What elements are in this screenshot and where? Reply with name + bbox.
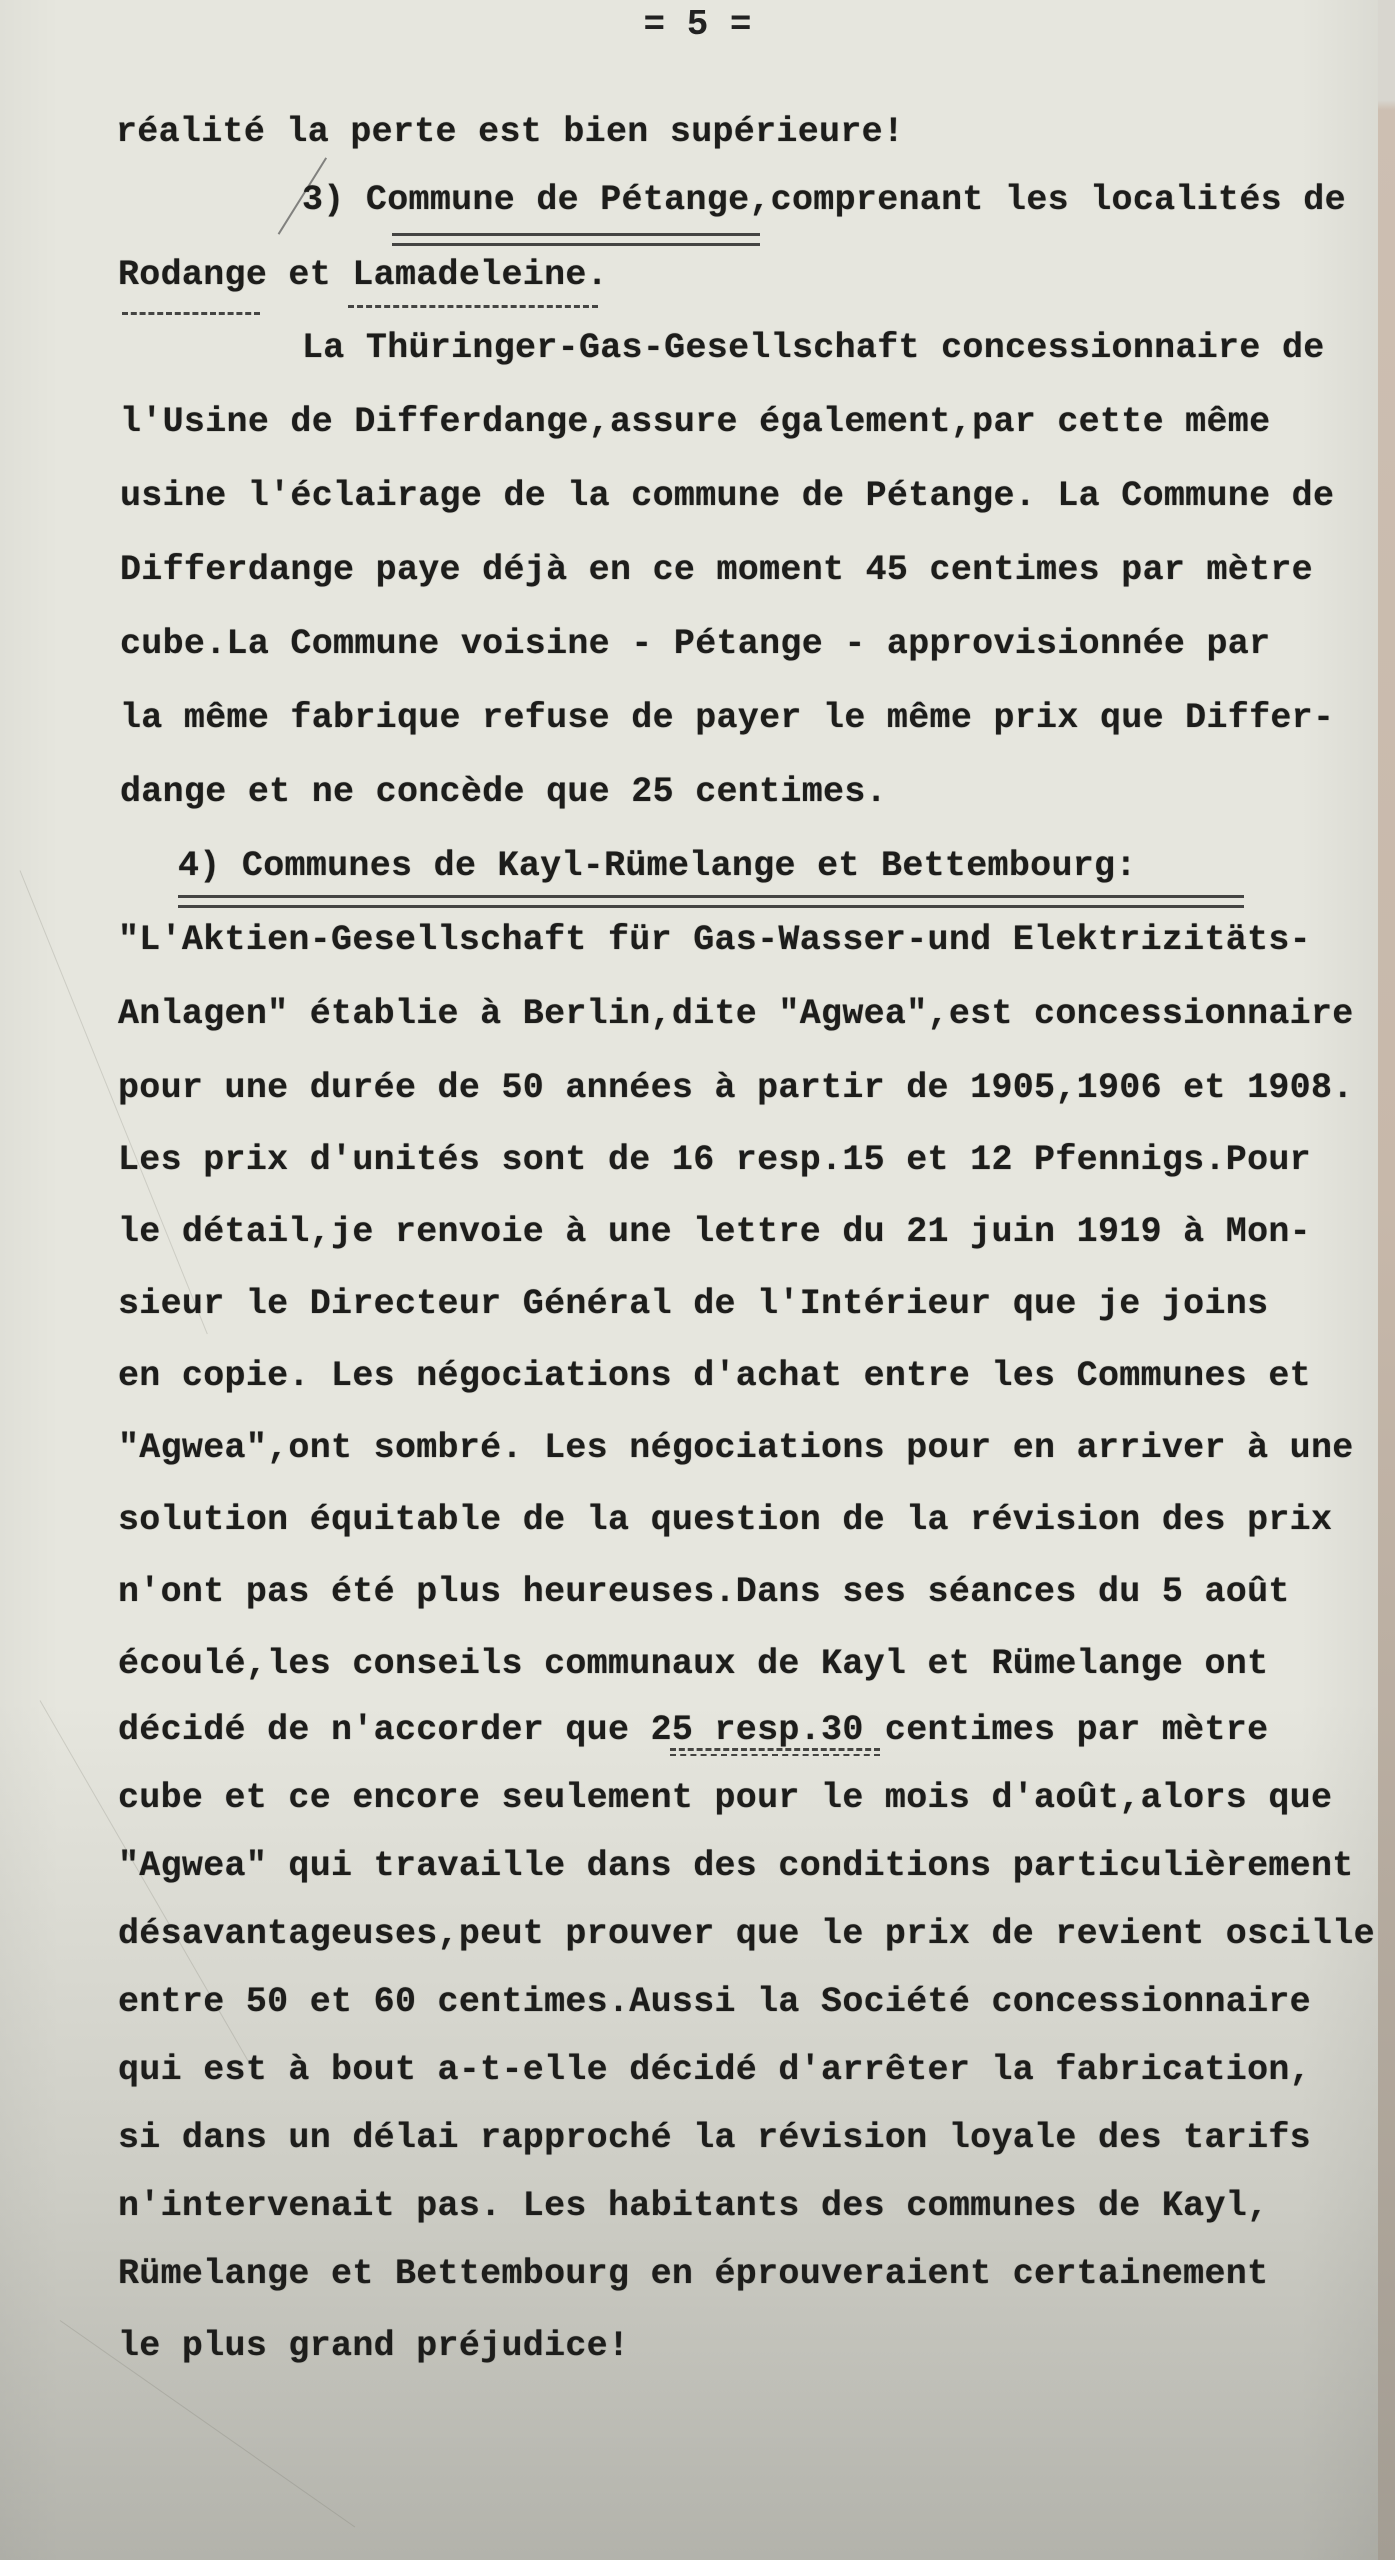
text-line: Differdange paye déjà en ce moment 45 ce… (120, 550, 1313, 590)
text-line: la même fabrique refuse de payer le même… (120, 698, 1334, 738)
text-line: n'ont pas été plus heureuses.Dans ses sé… (118, 1572, 1290, 1612)
text-line: qui est à bout a-t-elle décidé d'arrêter… (118, 2050, 1311, 2090)
typewritten-page: = 5 = réalité la perte est bien supérieu… (0, 0, 1378, 2560)
section-heading-4: 4) Communes de Kayl-Rümelange et Bettemb… (178, 846, 1137, 886)
text-line: désavantageuses,peut prouver que le prix… (118, 1914, 1375, 1954)
text-line: réalité la perte est bien supérieure! (116, 112, 904, 152)
underline (670, 1748, 880, 1756)
text-line: La Thüringer-Gas-Gesellschaft concession… (302, 328, 1325, 368)
text-line: sieur le Directeur Général de l'Intérieu… (118, 1284, 1268, 1324)
text-line: le plus grand préjudice! (118, 2326, 629, 2366)
text-line: Rümelange et Bettembourg en éprouveraien… (118, 2254, 1268, 2294)
text-line: si dans un délai rapproché la révision l… (118, 2118, 1311, 2158)
underline (348, 305, 598, 308)
text-line: décidé de n'accorder que 25 resp.30 cent… (118, 1710, 1268, 1750)
text-line: solution équitable de la question de la … (118, 1500, 1332, 1540)
underline (392, 233, 760, 246)
background-surface (1378, 0, 1395, 2560)
text-line: "Agwea" qui travaille dans des condition… (118, 1846, 1354, 1886)
section-heading-3-continued: Rodange et Lamadeleine. (118, 255, 608, 295)
text-line: n'intervenait pas. Les habitants des com… (118, 2186, 1268, 2226)
text-line: l'Usine de Differdange,assure également,… (120, 402, 1270, 442)
text-line: cube.La Commune voisine - Pétange - appr… (120, 624, 1270, 664)
text-line: "L'Aktien-Gesellschaft für Gas-Wasser-un… (118, 920, 1311, 960)
text-line: entre 50 et 60 centimes.Aussi la Société… (118, 1982, 1311, 2022)
text-line: le détail,je renvoie à une lettre du 21 … (118, 1212, 1311, 1252)
text-line: Les prix d'unités sont de 16 resp.15 et … (118, 1140, 1311, 1180)
text-line: écoulé,les conseils communaux de Kayl et… (118, 1644, 1268, 1684)
text-line: Anlagen" établie à Berlin,dite "Agwea",e… (118, 994, 1354, 1034)
underline (178, 895, 1244, 908)
text-line: cube et ce encore seulement pour le mois… (118, 1778, 1332, 1818)
underline (122, 312, 260, 315)
text-line: usine l'éclairage de la commune de Pétan… (120, 476, 1334, 516)
page-number: = 5 = (0, 4, 1395, 45)
text-line: en copie. Les négociations d'achat entre… (118, 1356, 1311, 1396)
text-line: pour une durée de 50 années à partir de … (118, 1068, 1354, 1108)
text-line: dange et ne concède que 25 centimes. (120, 772, 887, 812)
section-heading-3: 3) Commune de Pétange,comprenant les loc… (302, 180, 1346, 220)
text-line: "Agwea",ont sombré. Les négociations pou… (118, 1428, 1354, 1468)
